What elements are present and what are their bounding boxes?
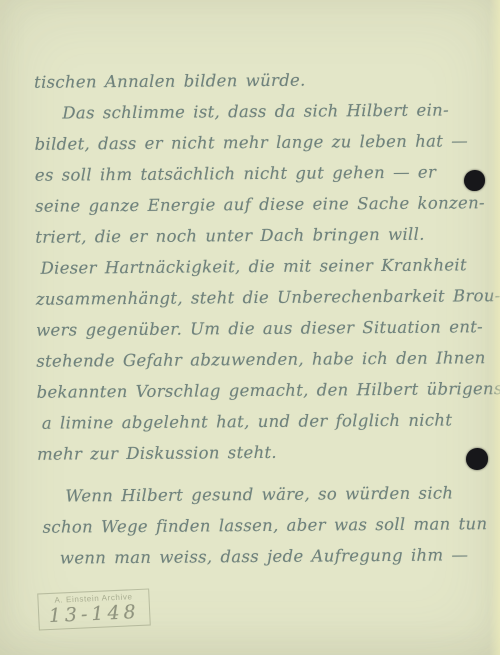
punch-hole-ink-blot-bottom [466,448,488,470]
letter-line: mehr zur Diskussion steht. [37,438,479,472]
letter-line: Das schlimme ist, dass da sich Hilbert e… [62,97,476,131]
letter-line: bekannten Vorschlag gemacht, den Hilbert… [36,376,478,410]
letter-line: a limine abgelehnt hat, und der folglich… [42,407,479,441]
letter-line: seine ganze Energie auf diese eine Sache… [35,190,477,224]
letter-line: Wenn Hilbert gesund wäre, so würden sich [65,480,479,514]
punch-hole-ink-blot-top [464,170,485,191]
letter-line: wers gegenüber. Um die aus dieser Situat… [36,314,478,348]
letter-line: triert, die er noch unter Dach bringen w… [35,221,477,255]
letter-line: schon Wege finden lassen, aber was soll … [43,511,480,545]
letter-line: stehende Gefahr abzuwenden, habe ich den… [36,345,478,379]
letter-line: bildet, dass er nicht mehr lange zu lebe… [35,128,477,162]
letter-line: es soll ihm tatsächlich nicht gut gehen … [35,159,477,193]
letter-line: zusammenhängt, steht die Unberechenbarke… [36,283,478,317]
letter-line: Dieser Hartnäckigkeit, die mit seiner Kr… [40,252,477,286]
letter-body: tischen Annalen bilden würde. Das schlim… [34,66,480,576]
archive-stamp: A. Einstein Archive 13-148 [37,588,151,630]
archive-call-number: 13-148 [39,601,150,628]
letter-page: tischen Annalen bilden würde. Das schlim… [0,0,500,655]
letter-line: tischen Annalen bilden würde. [34,66,476,100]
letter-line: wenn man weiss, dass jede Aufregung ihm … [60,542,480,576]
